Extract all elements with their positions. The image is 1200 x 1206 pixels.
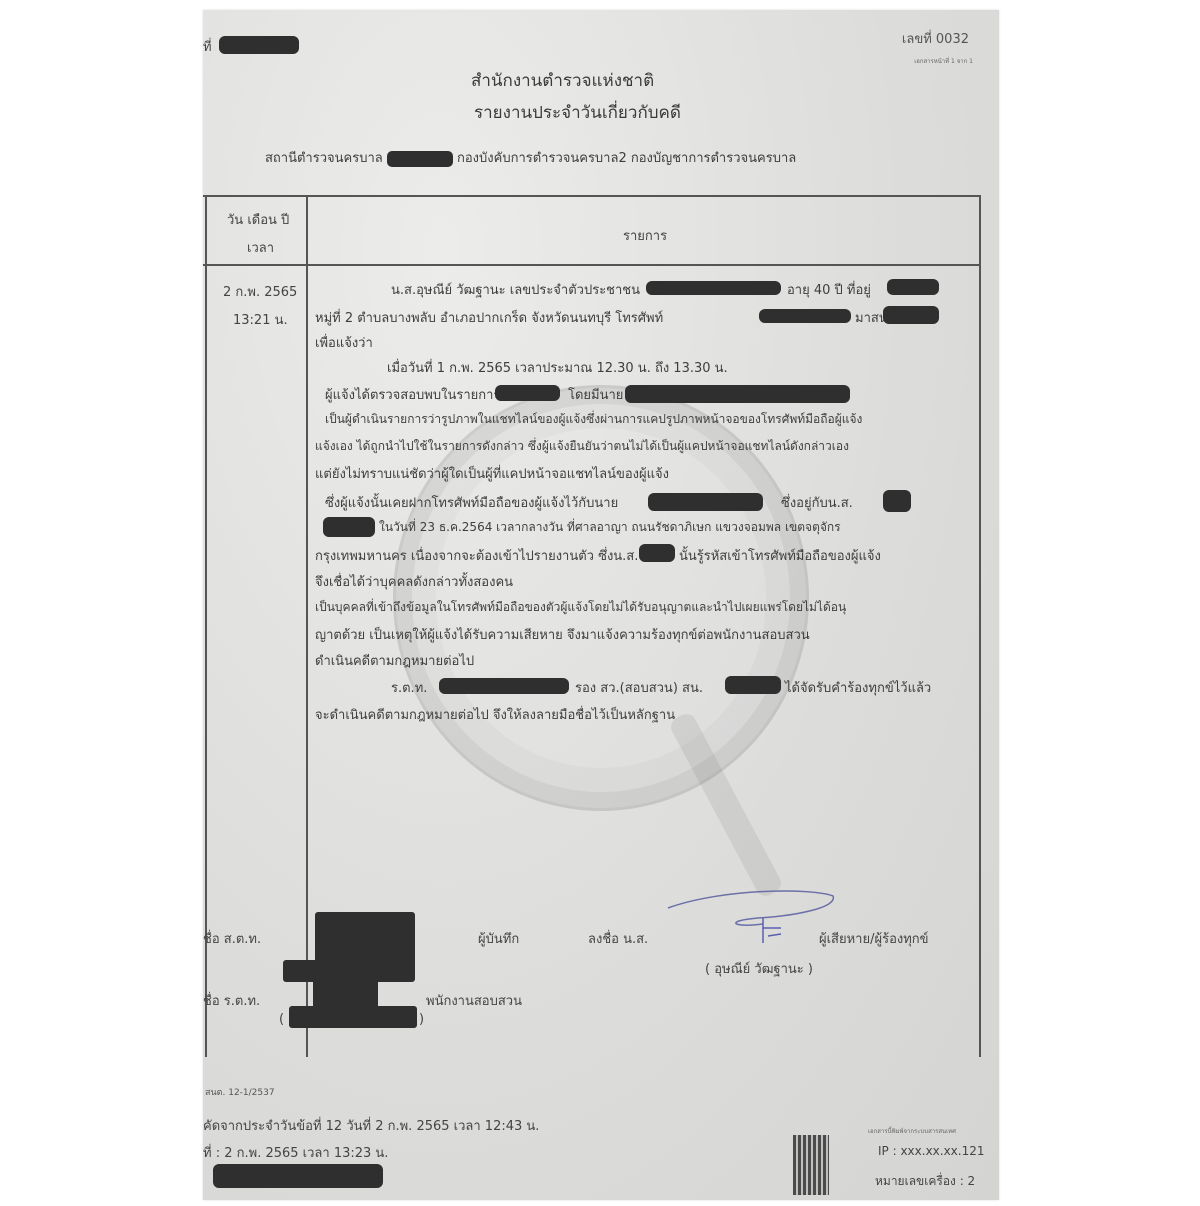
date-header-line2: เวลา xyxy=(247,237,274,258)
complainant-role: ผู้เสียหาย/ผู้ร้องทุกข์ xyxy=(819,928,929,949)
entry-line: ร.ต.ท. xyxy=(391,677,427,698)
ip-address: IP : xxx.xx.xx.121 xyxy=(878,1144,985,1158)
print-line: ที่ : 2 ก.พ. 2565 เวลา 13:23 น. xyxy=(203,1142,388,1163)
entry-line: เป็นบุคคลที่เข้าถึงข้อมูลในโทรศัพท์มือถื… xyxy=(315,598,846,617)
agency-title: สำนักงานตำรวจแห่งชาติ xyxy=(471,67,654,94)
entry-line: แต่ยังไม่ทราบแน่ชัดว่าผู้ใดเป็นผู้ที่แคป… xyxy=(315,463,669,484)
redaction-person-2b xyxy=(323,517,375,537)
redaction-person-1 xyxy=(648,493,763,511)
entry-line: นั้นรู้รหัสเข้าโทรศัพท์มือถือของผู้แจ้ง xyxy=(679,545,881,566)
redaction-tv-program xyxy=(495,385,560,401)
redaction-footer xyxy=(213,1164,383,1188)
form-code: สนต. 12-1/2537 xyxy=(205,1085,275,1099)
entry-date: 2 ก.พ. 2565 xyxy=(223,281,297,302)
redaction-station-3 xyxy=(725,676,781,694)
recorder-role: ผู้บันทึก xyxy=(478,928,519,949)
items-header: รายการ xyxy=(623,225,667,246)
report-title: รายงานประจำวันเกี่ยวกับคดี xyxy=(474,99,681,126)
station-line: สถานีตำรวจนครบาล กองบังคับการตำรวจนครบาล… xyxy=(265,147,796,168)
station-prefix: สถานีตำรวจนครบาล xyxy=(265,151,383,166)
investigator-role: พนักงานสอบสวน xyxy=(426,990,522,1011)
entry-line: ญาตด้วย เป็นเหตุให้ผู้แจ้งได้รับความเสีย… xyxy=(315,624,810,645)
page-indicator: เอกสารหน้าที่ 1 จาก 1 xyxy=(914,56,973,66)
redaction-station xyxy=(387,151,453,167)
entry-time: 13:21 น. xyxy=(233,309,288,330)
complainant-prefix: ลงชื่อ น.ส. xyxy=(588,928,648,949)
entry-line: แจ้งเอง ได้ถูกนำไปใช้ในรายการดังกล่าว ซึ… xyxy=(315,437,849,456)
entry-line: เป็นผู้ดำเนินรายการว่ารูปภาพในแชทไลน์ของ… xyxy=(325,410,862,429)
qr-caption: เอกสารนี้พิมพ์จากระบบสารสนเทศ xyxy=(868,1126,956,1136)
complainant-name: ( อุษณีย์ วัฒฐานะ ) xyxy=(705,958,813,979)
entry-line: ผู้แจ้งได้ตรวจสอบพบในรายการทีวี xyxy=(325,384,516,405)
redaction-host xyxy=(625,385,850,403)
redaction-top-left xyxy=(219,36,299,54)
entry-line: โดยมีนาย xyxy=(568,384,623,405)
redaction-station-2 xyxy=(883,306,939,324)
redaction-person-2a xyxy=(883,490,911,512)
entry-line: น.ส.อุษณีย์ วัฒฐานะ เลขประจำตัวประชาชน xyxy=(391,279,640,300)
entry-line: รอง สว.(สอบสวน) สน. xyxy=(575,677,703,698)
table-header-divider xyxy=(203,264,979,266)
entry-line: อายุ 40 ปี ที่อยู่ xyxy=(787,279,871,300)
entry-line: ซึ่งอยู่กับน.ส. xyxy=(781,492,853,513)
redaction-id xyxy=(646,281,781,295)
redaction-person-3 xyxy=(639,544,675,562)
entry-line: เพื่อแจ้งว่า xyxy=(315,332,373,353)
date-header-line1: วัน เดือน ปี xyxy=(227,209,289,230)
investigator-prefix: ชื่อ ร.ต.ท. xyxy=(203,990,260,1011)
redaction-officer xyxy=(439,678,569,694)
signature-mark xyxy=(663,888,843,948)
machine-number: หมายเลขเครื่อง : 2 xyxy=(875,1172,975,1191)
copy-line: คัดจากประจำวันข้อที่ 12 วันที่ 2 ก.พ. 25… xyxy=(203,1115,539,1136)
recorder-prefix: ชื่อ ส.ต.ท. xyxy=(203,928,261,949)
corner-mark: ที่ xyxy=(203,36,212,57)
redaction-investigator-b xyxy=(289,1006,417,1028)
entry-line: จะดำเนินคดีตามกฎหมายต่อไป จึงให้ลงลายมือ… xyxy=(315,704,675,725)
qr-code xyxy=(793,1135,829,1195)
redaction-address xyxy=(887,279,939,295)
entry-line: ได้จัดรับคำร้องทุกข์ไว้แล้ว xyxy=(785,677,931,698)
entry-line: ดำเนินคดีตามกฎหมายต่อไป xyxy=(315,650,474,671)
entry-line: เมื่อวันที่ 1 ก.พ. 2565 เวลาประมาณ 12.30… xyxy=(387,357,728,378)
document-number: เลขที่ 0032 xyxy=(902,28,969,49)
station-suffix: กองบังคับการตำรวจนครบาล2 กองบัญชาการตำรว… xyxy=(457,151,796,166)
entry-line: ในวันที่ 23 ธ.ค.2564 เวลากลางวัน ที่ศาลอ… xyxy=(379,518,841,537)
entry-line: ซึ่งผู้แจ้งนั้นเคยฝากโทรศัพท์มือถือของผู… xyxy=(325,492,618,513)
table-column-divider xyxy=(306,197,308,1057)
entry-line: กรุงเทพมหานคร เนื่องจากจะต้องเข้าไปรายงา… xyxy=(315,545,638,566)
entry-line: จึงเชื่อได้ว่าบุคคลดังกล่าวทั้งสองคน xyxy=(315,571,513,592)
paren-open: ( xyxy=(279,1012,284,1027)
entry-line: หมู่ที่ 2 ตำบลบางพลับ อำเภอปากเกร็ด จังห… xyxy=(315,307,663,328)
paren-close: ) xyxy=(419,1012,424,1027)
redaction-phone xyxy=(759,309,851,323)
police-report-page: ที่ เลขที่ 0032 เอกสารหน้าที่ 1 จาก 1 สำ… xyxy=(203,10,999,1200)
